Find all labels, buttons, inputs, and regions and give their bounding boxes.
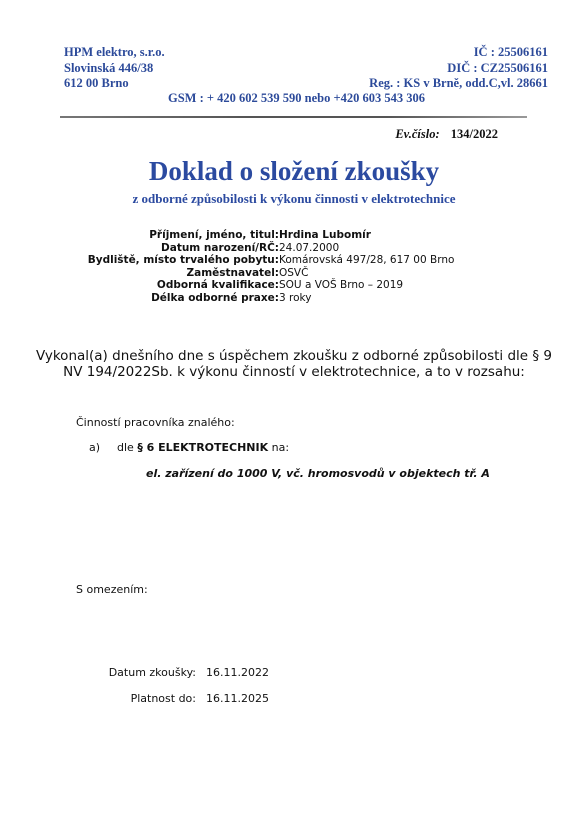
ev-cislo-label: Ev.číslo: xyxy=(395,127,439,141)
activity-suffix: na: xyxy=(272,441,289,454)
company-street: Slovinská 446/38 xyxy=(64,61,165,77)
statement-paragraph: Vykonal(a) dnešního dne s úspěchem zkouš… xyxy=(0,348,588,380)
restriction-label: S omezením: xyxy=(76,583,148,596)
activity-item: dle § 6 ELEKTROTECHNIK na: xyxy=(117,441,289,454)
activity-prefix: dle xyxy=(117,441,134,454)
company-ic: IČ : 25506161 xyxy=(369,45,548,61)
activity-category: § 6 ELEKTROTECHNIK xyxy=(137,441,268,454)
company-city: 612 00 Brno xyxy=(64,76,165,92)
company-name: HPM elektro, s.r.o. xyxy=(64,45,165,61)
activity-scope: el. zařízení do 1000 V, vč. hromosvodů v… xyxy=(146,467,490,480)
label-qualification: Odborná kvalifikace: xyxy=(88,279,279,292)
label-birth-date: Datum narození/RČ: xyxy=(88,242,279,255)
value-employer: OSVČ xyxy=(279,267,454,280)
value-qualification: SOU a VOŠ Brno – 2019 xyxy=(279,279,454,292)
valid-until-label: Platnost do: xyxy=(131,692,196,705)
exam-date-label: Datum zkoušky: xyxy=(109,666,196,679)
value-practice: 3 roky xyxy=(279,292,454,305)
company-gsm: GSM : + 420 602 539 590 nebo +420 603 54… xyxy=(168,91,425,107)
label-name: Příjmení, jméno, titul: xyxy=(88,229,279,242)
company-reg: Reg. : KS v Brně, odd.C,vl. 28661 xyxy=(369,76,548,92)
company-registration: IČ : 25506161 DIČ : CZ25506161 Reg. : KS… xyxy=(369,45,548,92)
exam-date-value: 16.11.2022 xyxy=(206,666,269,679)
activity-item-marker: a) xyxy=(89,441,100,454)
activities-heading: Činností pracovníka znalého: xyxy=(76,416,235,429)
label-employer: Zaměstnavatel: xyxy=(88,267,279,280)
company-address: HPM elektro, s.r.o. Slovinská 446/38 612… xyxy=(64,45,165,92)
label-practice: Délka odborné praxe: xyxy=(88,292,279,305)
value-name: Hrdina Lubomír xyxy=(279,229,454,242)
document-subtitle: z odborné způsobilosti k výkonu činnosti… xyxy=(0,191,588,207)
header-divider xyxy=(60,116,527,118)
person-field-labels: Příjmení, jméno, titul: Datum narození/R… xyxy=(88,229,279,304)
value-birth-date: 24.07.2000 xyxy=(279,242,454,255)
valid-until-value: 16.11.2025 xyxy=(206,692,269,705)
statement-line-1: Vykonal(a) dnešního dne s úspěchem zkouš… xyxy=(0,348,588,364)
person-field-values: Hrdina Lubomír 24.07.2000 Komárovská 497… xyxy=(279,229,454,304)
company-dic: DIČ : CZ25506161 xyxy=(369,61,548,77)
statement-line-2: NV 194/2022Sb. k výkonu činností v elekt… xyxy=(0,364,588,380)
ev-cislo-value: 134/2022 xyxy=(451,127,498,141)
document-title: Doklad o složení zkoušky xyxy=(0,156,588,187)
label-residence: Bydliště, místo trvalého pobytu: xyxy=(88,254,279,267)
ev-cislo: Ev.číslo: 134/2022 xyxy=(395,127,498,142)
value-residence: Komárovská 497/28, 617 00 Brno xyxy=(279,254,454,267)
